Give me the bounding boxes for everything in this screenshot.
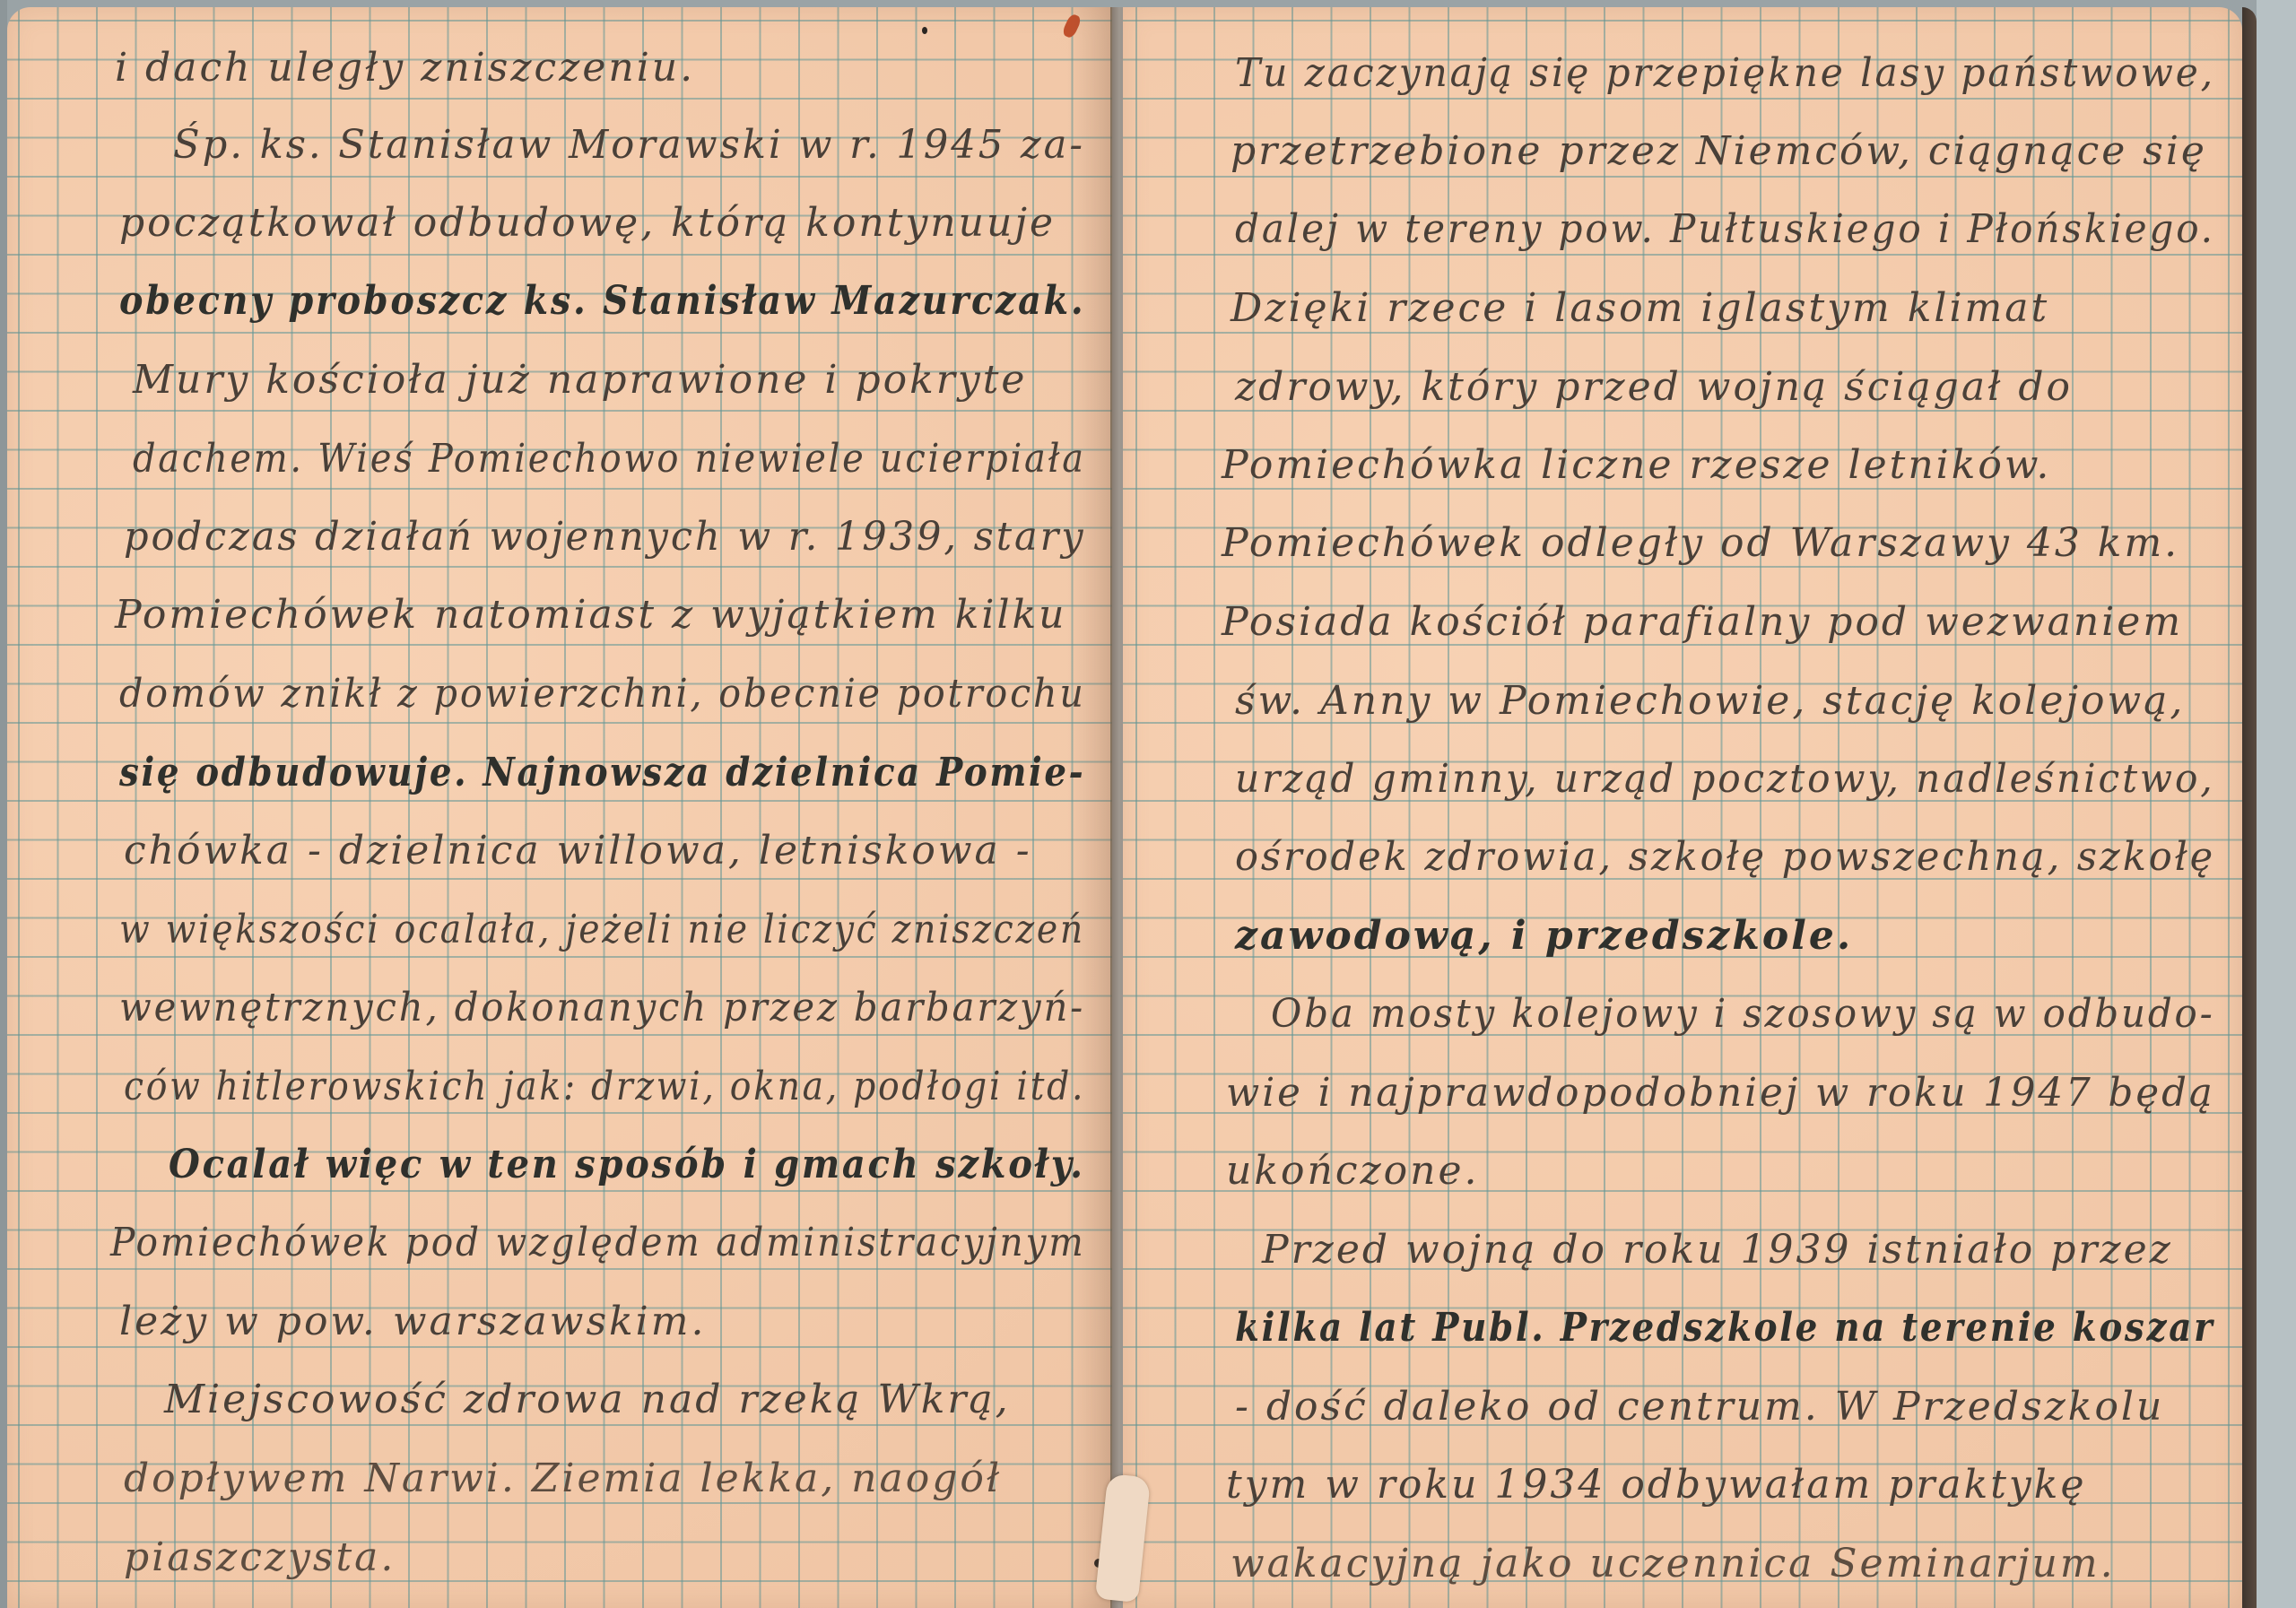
right-line-8: Posiada kościół parafialny pod wezwaniem: [1222, 599, 2183, 645]
left-line-11: chówka - dzielnica willowa, letniskowa -: [124, 828, 1032, 874]
right-line-13: Oba mosty kolejowy i szosowy są w odbudo…: [1271, 991, 2215, 1037]
left-line-18: Miejscowość zdrowa nad rzeką Wkrą,: [164, 1377, 1011, 1422]
left-line-3: początkował odbudowę, którą kontynuuje: [119, 200, 1056, 246]
right-line-15: ukończone.: [1226, 1148, 1480, 1194]
left-line-9: domów znikł z powierzchni, obecnie potro…: [119, 671, 1086, 717]
scan-background-left: [0, 0, 7, 1608]
notebook-spread: i dach uległy zniszczeniu. Śp. ks. Stani…: [0, 0, 2296, 1608]
scan-background-top: [0, 0, 2296, 7]
right-line-10: urząd gminny, urząd pocztowy, nadleśnict…: [1235, 756, 2215, 802]
ink-dot: [922, 27, 927, 34]
left-line-10: się odbudowuje. Najnowsza dzielnica Pomi…: [119, 750, 1085, 795]
right-line-12: zawodową, i przedszkole.: [1235, 913, 1853, 959]
spine-shadow: [1067, 7, 1112, 1608]
left-line-1: i dach uległy zniszczeniu.: [115, 45, 695, 91]
right-line-11: ośrodek zdrowia, szkołę powszechną, szko…: [1235, 834, 2215, 880]
right-line-3: dalej w tereny pow. Pułtuskiego i Płońsk…: [1235, 206, 2215, 252]
left-line-12: w większości ocalała, jeżeli nie liczyć …: [119, 907, 1085, 952]
left-line-20: piaszczysta.: [124, 1534, 396, 1580]
left-line-17: leży w pow. warszawskim.: [119, 1299, 706, 1344]
right-line-1: Tu zaczynają się przepiękne lasy państwo…: [1235, 50, 2215, 96]
right-line-5: zdrowy, który przed wojną ściągał do: [1235, 364, 2073, 410]
left-line-7: podczas działań wojennych w r. 1939, sta…: [124, 514, 1086, 560]
left-line-8: Pomiechówek natomiast z wyjątkiem kilku: [115, 592, 1067, 638]
left-line-6: dachem. Wieś Pomiechowo niewiele ucierpi…: [133, 436, 1086, 482]
right-line-18: - dość daleko od centrum. W Przedszkolu: [1235, 1384, 2164, 1430]
left-line-5: Mury kościoła już naprawione i pokryte: [133, 357, 1027, 403]
left-line-16: Pomiechówek pod względem administracyjny…: [110, 1220, 1086, 1265]
left-line-4: obecny proboszcz ks. Stanisław Mazurczak…: [119, 278, 1085, 324]
right-line-20: wakacyjną jako uczennica Seminarjum.: [1231, 1541, 2116, 1586]
right-line-16: Przed wojną do roku 1939 istniało przez: [1262, 1227, 2173, 1273]
left-page: i dach uległy zniszczeniu. Śp. ks. Stani…: [7, 7, 1112, 1608]
left-line-19: dopływem Narwi. Ziemia lekka, naogół: [124, 1456, 1002, 1501]
right-line-19: tym w roku 1934 odbywałam praktykę: [1226, 1462, 2086, 1508]
right-line-7: Pomiechówek odległy od Warszawy 43 km.: [1222, 520, 2179, 566]
right-page: Tu zaczynają się przepiękne lasy państwo…: [1123, 7, 2242, 1608]
left-line-2: Śp. ks. Stanisław Morawski w r. 1945 za-: [173, 122, 1085, 168]
left-line-14: ców hitlerowskich jak: drzwi, okna, podł…: [124, 1064, 1085, 1109]
right-line-2: przetrzebione przez Niemców, ciągnące si…: [1231, 128, 2207, 174]
left-line-13: wewnętrznych, dokonanych przez barbarzyń…: [119, 985, 1085, 1030]
notebook-cover-edge: [2242, 7, 2257, 1608]
right-line-4: Dzięki rzece i lasom iglastym klimat: [1231, 285, 2049, 331]
right-line-9: św. Anny w Pomiechowie, stację kolejową,: [1235, 678, 2185, 724]
right-line-17: kilka lat Publ. Przedszkole na terenie k…: [1235, 1305, 2214, 1351]
left-line-15: Ocalał więc w ten sposób i gmach szkoły.: [169, 1142, 1085, 1187]
scan-background-right: [2257, 0, 2296, 1608]
right-line-6: Pomiechówka liczne rzesze letników.: [1222, 442, 2051, 488]
right-line-14: wie i najprawdopodobniej w roku 1947 będ…: [1226, 1070, 2215, 1116]
